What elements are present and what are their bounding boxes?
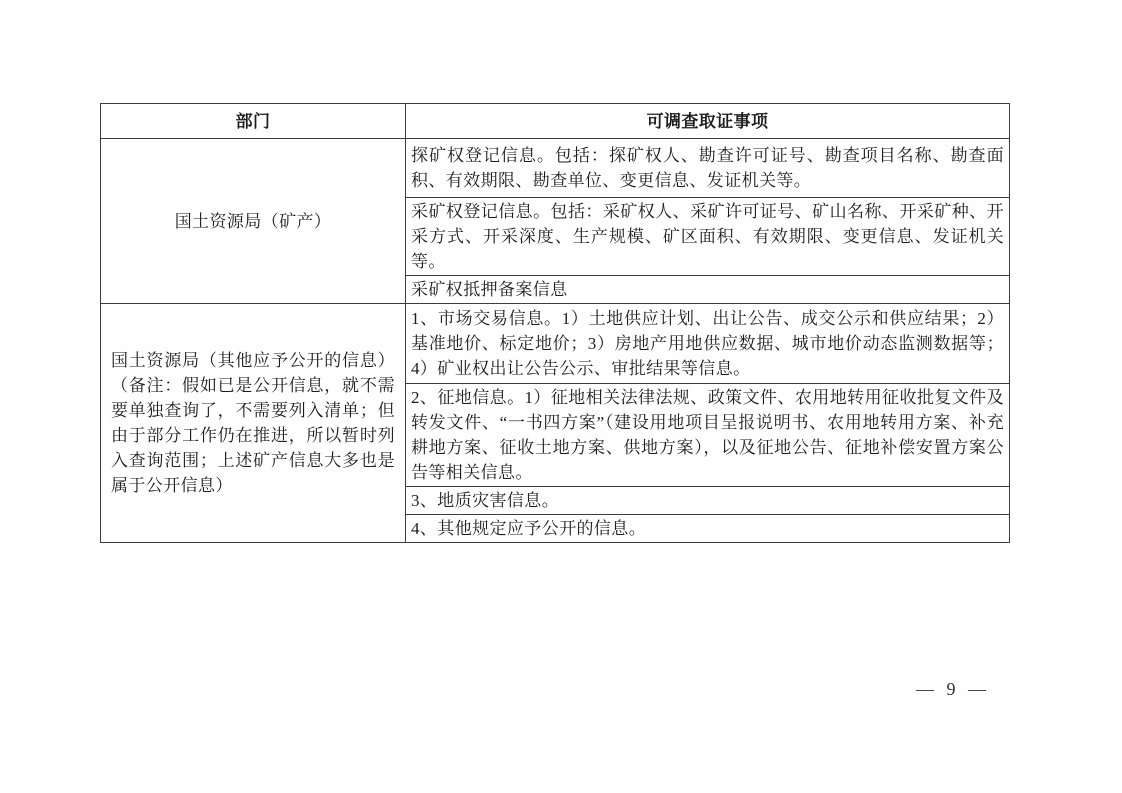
item-cell-exploration-rights: 探矿权登记信息。包括：探矿权人、勘查许可证号、勘查项目名称、勘查面积、有效期限、… xyxy=(406,139,1010,198)
document-page: 部门 可调查取证事项 国土资源局（矿产） 探矿权登记信息。包括：探矿权人、勘查许… xyxy=(0,0,1122,793)
column-header-investigable-items: 可调查取证事项 xyxy=(406,104,1010,139)
item-cell-market-transactions: 1、市场交易信息。1）土地供应计划、出让公告、成交公示和供应结果；2）基准地价、… xyxy=(406,304,1010,384)
department-cell-mineral: 国土资源局（矿产） xyxy=(101,139,406,304)
page-number: — 9 — xyxy=(905,678,997,700)
item-cell-other-required-public: 4、其他规定应予公开的信息。 xyxy=(406,515,1010,543)
table-header-row: 部门 可调查取证事项 xyxy=(101,104,1010,139)
evidence-items-table: 部门 可调查取证事项 国土资源局（矿产） 探矿权登记信息。包括：探矿权人、勘查许… xyxy=(100,103,1010,543)
table-row: 国土资源局（矿产） 探矿权登记信息。包括：探矿权人、勘查许可证号、勘查项目名称、… xyxy=(101,139,1010,198)
item-cell-geological-hazards: 3、地质灾害信息。 xyxy=(406,487,1010,515)
department-cell-other-public-info: 国土资源局（其他应予公开的信息）（备注：假如已是公开信息，就不需要单独查询了，不… xyxy=(101,304,406,543)
item-cell-mortgage-record: 采矿权抵押备案信息 xyxy=(406,276,1010,304)
item-cell-mining-rights: 采矿权登记信息。包括：采矿权人、采矿许可证号、矿山名称、开采矿种、开采方式、开采… xyxy=(406,198,1010,276)
table-row: 国土资源局（其他应予公开的信息）（备注：假如已是公开信息，就不需要单独查询了，不… xyxy=(101,304,1010,384)
column-header-department: 部门 xyxy=(101,104,406,139)
item-cell-land-expropriation: 2、征地信息。1）征地相关法律法规、政策文件、农用地转用征收批复文件及转发文件、… xyxy=(406,384,1010,487)
